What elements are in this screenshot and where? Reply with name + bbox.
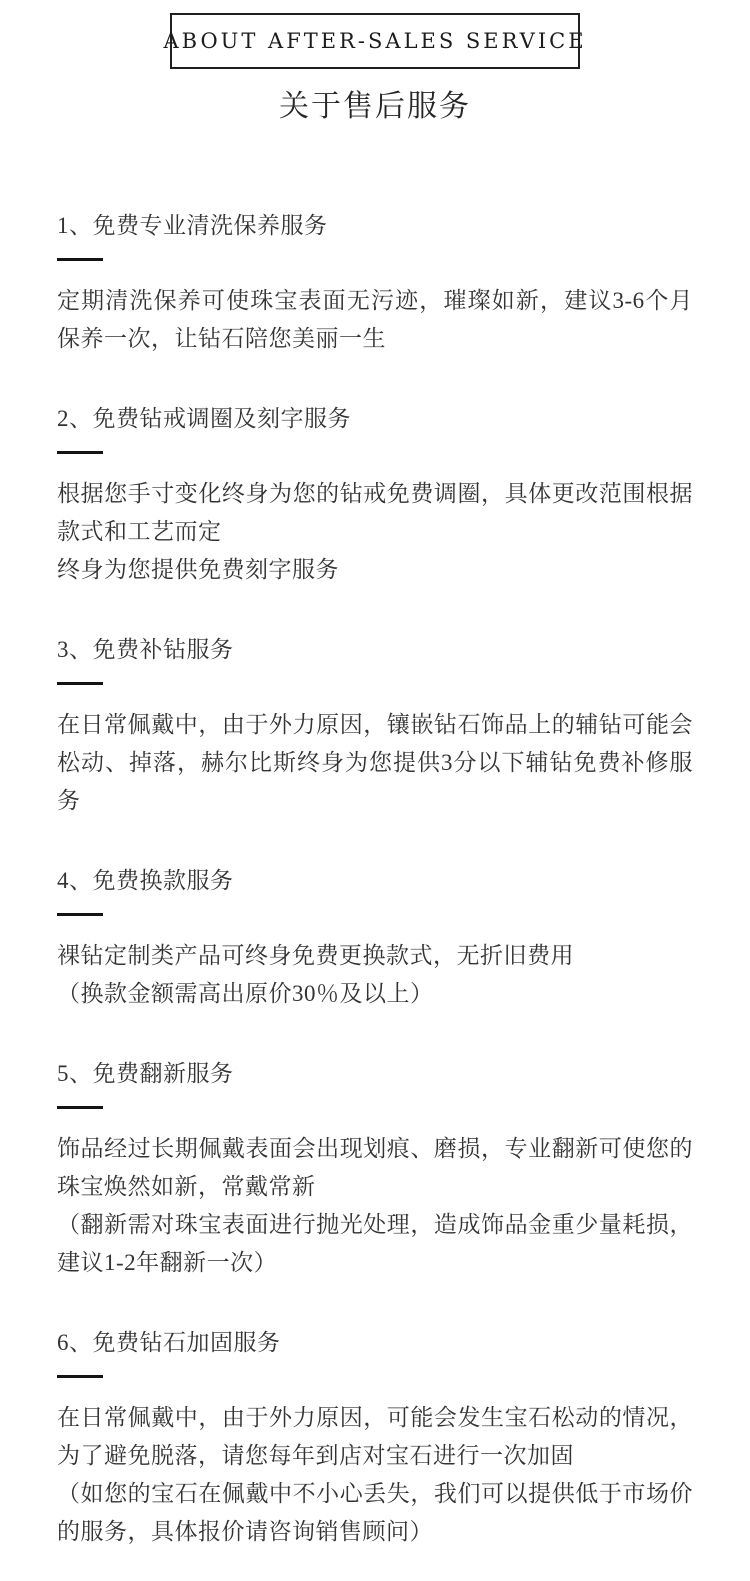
section-body: 裸钻定制类产品可终身免费更换款式，无折旧费用 （换款金额需高出原价30％及以上） xyxy=(57,937,693,1013)
section-divider xyxy=(57,1106,103,1109)
section-body: 饰品经过长期佩戴表面会出现划痕、磨损，专业翻新可使您的珠宝焕然如新，常戴常新 （… xyxy=(57,1130,693,1282)
service-section-diamond-replacement: 3、免费补钻服务 在日常佩戴中，由于外力原因，镶嵌钻石饰品上的辅钻可能会松动、掉… xyxy=(57,634,693,820)
body-paragraph: （换款金额需高出原价30％及以上） xyxy=(57,975,693,1013)
service-section-cleaning: 1、免费专业清洗保养服务 定期清洗保养可使珠宝表面无污迹，璀璨如新，建议3-6个… xyxy=(57,210,693,358)
body-paragraph: 裸钻定制类产品可终身免费更换款式，无折旧费用 xyxy=(57,937,693,975)
body-paragraph: 在日常佩戴中，由于外力原因，镶嵌钻石饰品上的辅钻可能会松动、掉落，赫尔比斯终身为… xyxy=(57,706,693,820)
section-divider xyxy=(57,451,103,454)
body-paragraph: （翻新需对珠宝表面进行抛光处理，造成饰品金重少量耗损，建议1-2年翻新一次） xyxy=(57,1206,693,1282)
section-heading: 6、免费钻石加固服务 xyxy=(57,1327,693,1359)
page-title: 关于售后服务 xyxy=(0,90,750,124)
header-english-title: ABOUT AFTER-SALES SERVICE xyxy=(163,29,586,53)
section-divider xyxy=(57,913,103,916)
body-paragraph: （如您的宝石在佩戴中不小心丢失，我们可以提供低于市场价的服务，具体报价请咨询销售… xyxy=(57,1475,693,1551)
section-body: 定期清洗保养可使珠宝表面无污迹，璀璨如新，建议3-6个月保养一次，让钻石陪您美丽… xyxy=(57,282,693,358)
section-divider xyxy=(57,1375,103,1378)
section-heading: 2、免费钻戒调圈及刻字服务 xyxy=(57,403,693,435)
header-box: ABOUT AFTER-SALES SERVICE xyxy=(170,13,580,69)
body-paragraph: 根据您手寸变化终身为您的钻戒免费调圈，具体更改范围根据款式和工艺而定 xyxy=(57,475,693,551)
service-section-style-exchange: 4、免费换款服务 裸钻定制类产品可终身免费更换款式，无折旧费用 （换款金额需高出… xyxy=(57,865,693,1013)
section-heading: 4、免费换款服务 xyxy=(57,865,693,897)
section-body: 在日常佩戴中，由于外力原因，可能会发生宝石松动的情况，为了避免脱落，请您每年到店… xyxy=(57,1399,693,1551)
service-section-refurbishing: 5、免费翻新服务 饰品经过长期佩戴表面会出现划痕、磨损，专业翻新可使您的珠宝焕然… xyxy=(57,1058,693,1282)
body-paragraph: 在日常佩戴中，由于外力原因，可能会发生宝石松动的情况，为了避免脱落，请您每年到店… xyxy=(57,1399,693,1475)
section-divider xyxy=(57,258,103,261)
section-heading: 5、免费翻新服务 xyxy=(57,1058,693,1090)
body-paragraph: 终身为您提供免费刻字服务 xyxy=(57,551,693,589)
body-paragraph: 饰品经过长期佩戴表面会出现划痕、磨损，专业翻新可使您的珠宝焕然如新，常戴常新 xyxy=(57,1130,693,1206)
service-section-stone-securing: 6、免费钻石加固服务 在日常佩戴中，由于外力原因，可能会发生宝石松动的情况，为了… xyxy=(57,1327,693,1551)
section-divider xyxy=(57,682,103,685)
section-body: 根据您手寸变化终身为您的钻戒免费调圈，具体更改范围根据款式和工艺而定 终身为您提… xyxy=(57,475,693,589)
service-section-resizing-engraving: 2、免费钻戒调圈及刻字服务 根据您手寸变化终身为您的钻戒免费调圈，具体更改范围根… xyxy=(57,403,693,589)
section-heading: 3、免费补钻服务 xyxy=(57,634,693,666)
section-body: 在日常佩戴中，由于外力原因，镶嵌钻石饰品上的辅钻可能会松动、掉落，赫尔比斯终身为… xyxy=(57,706,693,820)
body-paragraph: 定期清洗保养可使珠宝表面无污迹，璀璨如新，建议3-6个月保养一次，让钻石陪您美丽… xyxy=(57,282,693,358)
after-sales-service-page: ABOUT AFTER-SALES SERVICE 关于售后服务 1、免费专业清… xyxy=(0,0,750,1581)
service-sections: 1、免费专业清洗保养服务 定期清洗保养可使珠宝表面无污迹，璀璨如新，建议3-6个… xyxy=(0,210,750,1581)
section-heading: 1、免费专业清洗保养服务 xyxy=(57,210,693,242)
